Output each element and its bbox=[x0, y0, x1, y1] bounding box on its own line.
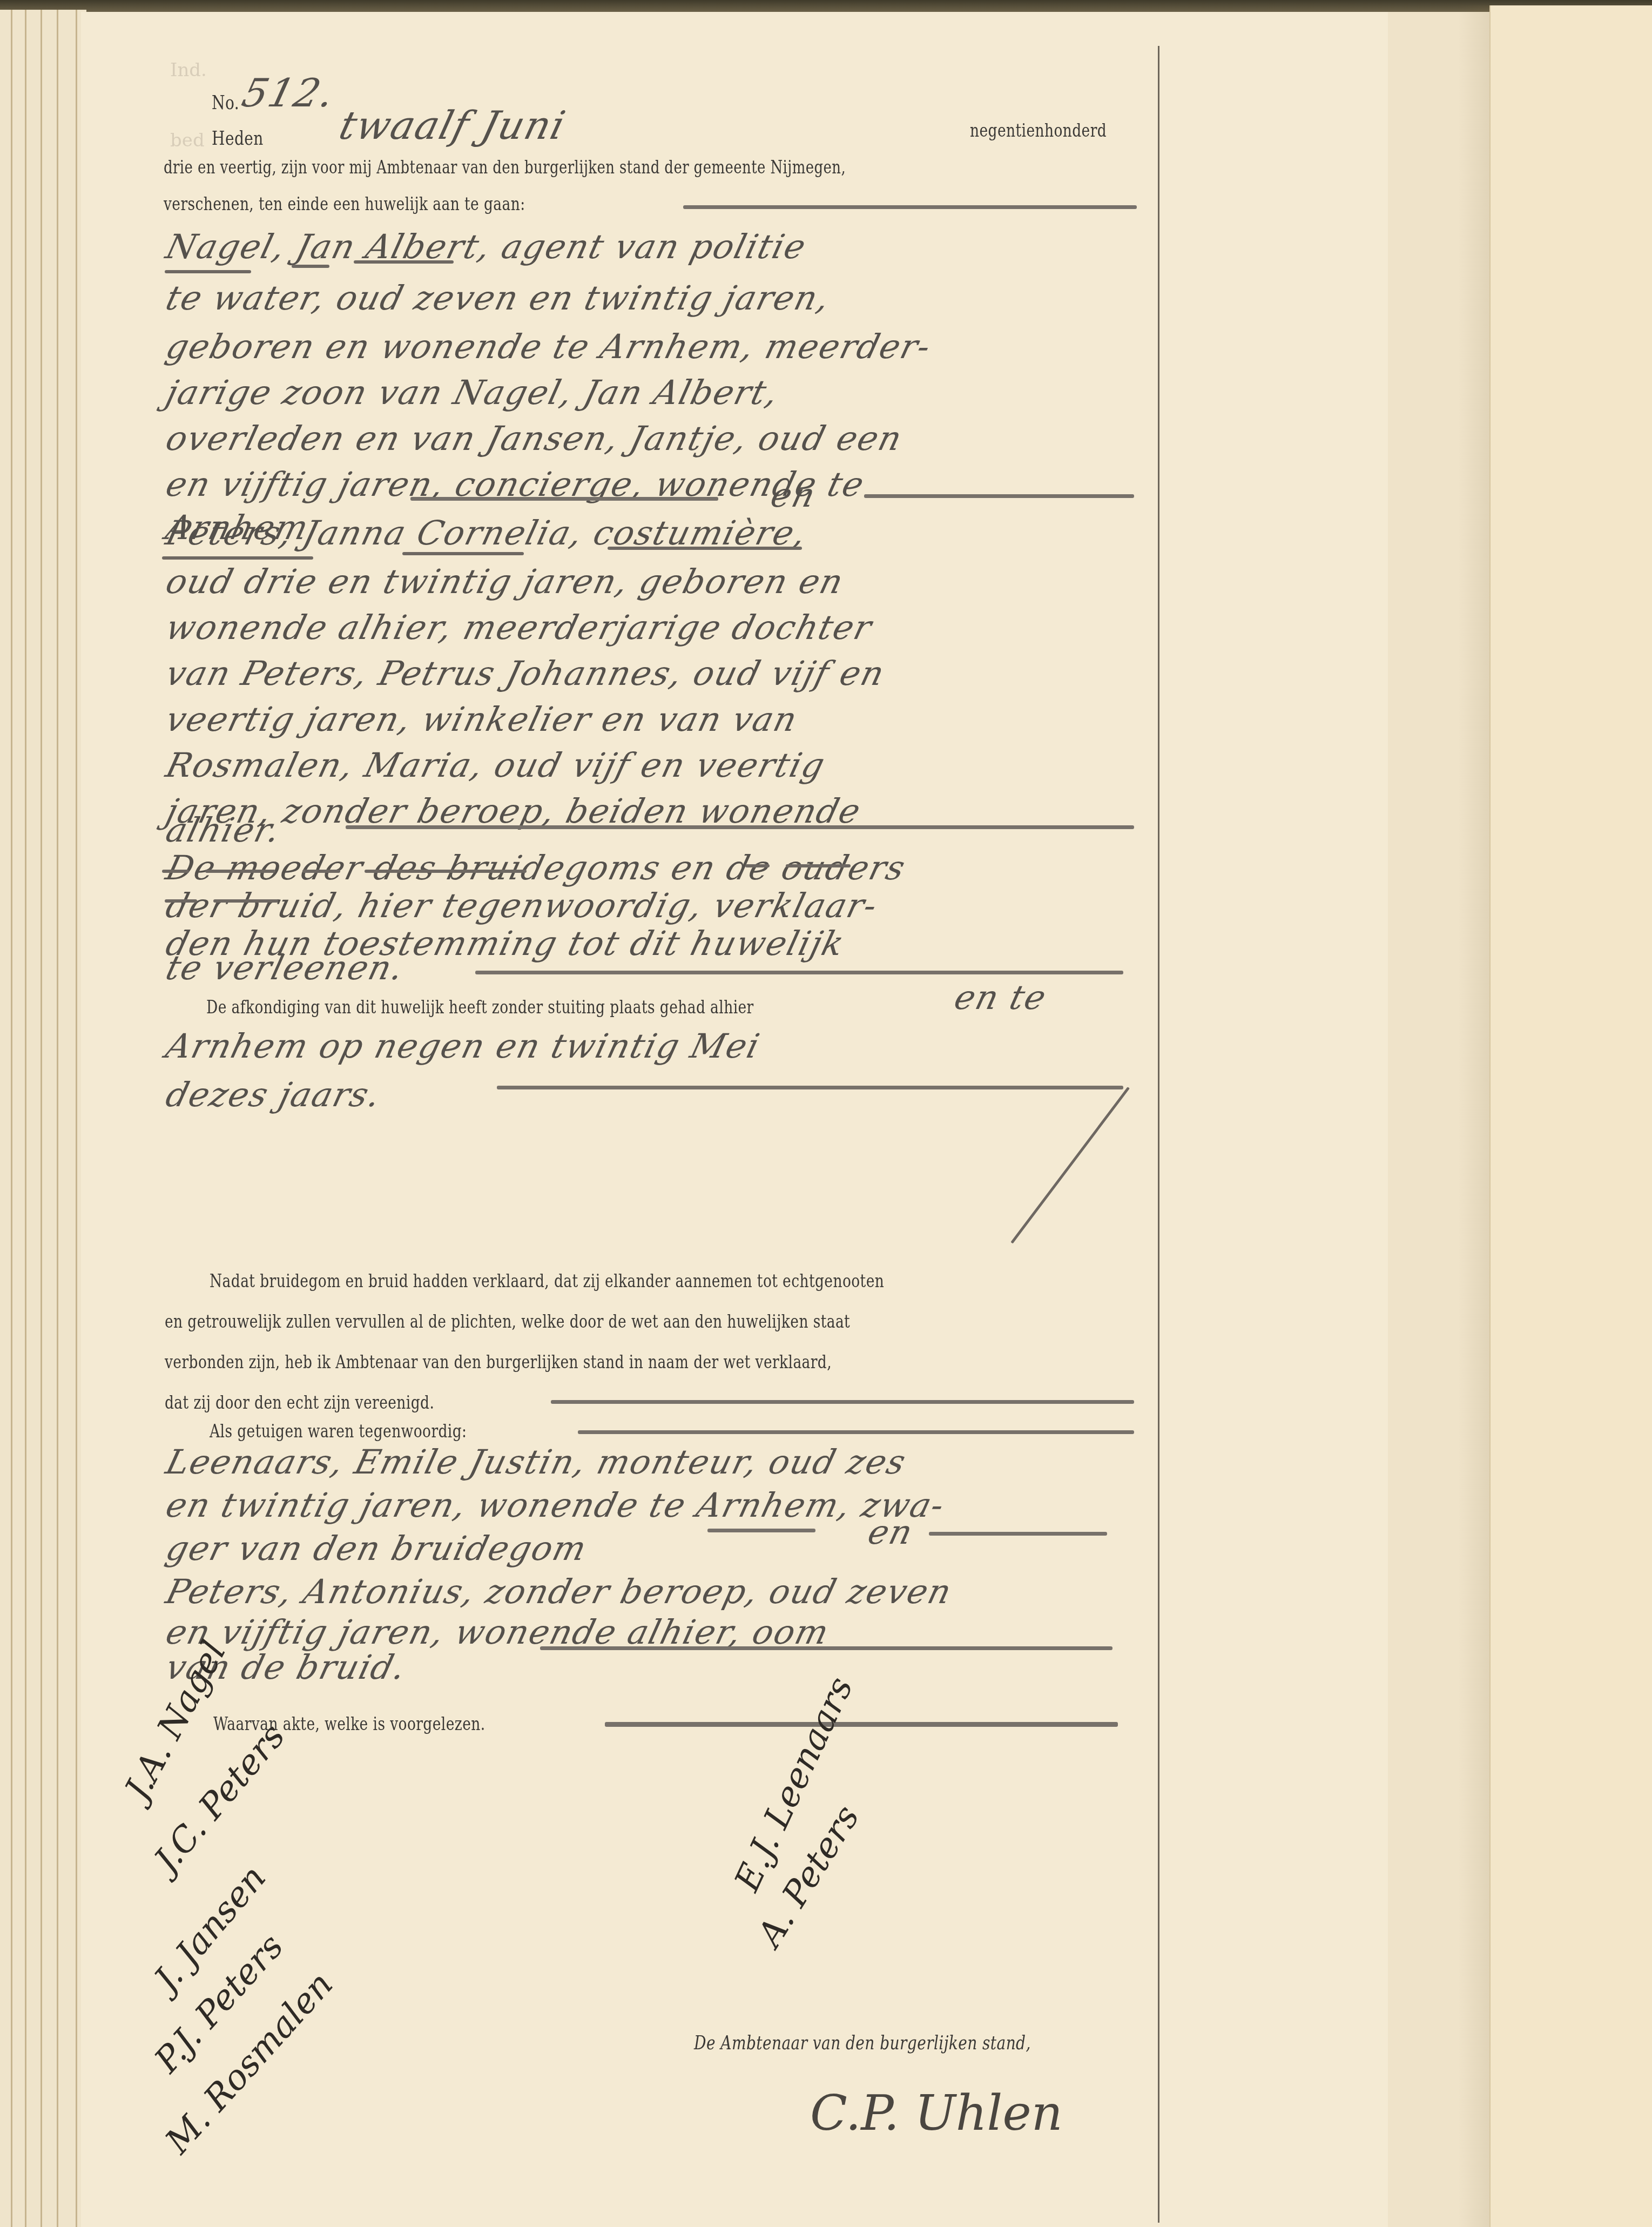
groom-line: overleden en van Jansen, Jantje, oud een bbox=[162, 419, 907, 458]
declaration-line: dat zij door den echt zijn vereenigd. bbox=[165, 1392, 434, 1414]
fill-line bbox=[707, 1529, 815, 1532]
name-underline bbox=[354, 260, 454, 264]
declaration-line: verbonden zijn, heb ik Ambtenaar van den… bbox=[165, 1351, 832, 1373]
surname-underline bbox=[162, 556, 313, 560]
groom-line: jarige zoon van Nagel, Jan Albert, bbox=[162, 373, 783, 412]
underline bbox=[165, 899, 197, 903]
surname-underline bbox=[165, 270, 251, 273]
bride-line: van Peters, Petrus Johannes, oud vijf en bbox=[162, 654, 889, 693]
fill-line bbox=[683, 205, 1137, 209]
underline bbox=[162, 870, 189, 873]
name-underline bbox=[292, 265, 329, 268]
official-label: De Ambtenaar van den burgerlijken stand, bbox=[694, 2032, 1031, 2054]
groom-line: geboren en wonende te Arnhem, meerder- bbox=[162, 327, 935, 366]
bride-line: Rosmalen, Maria, oud vijf en veertig bbox=[162, 745, 830, 785]
witness-line: Leenaars, Emile Justin, monteur, oud zes bbox=[162, 1442, 911, 1482]
page-stack-left bbox=[0, 10, 86, 2227]
witnesses-label: Als getuigen waren tegenwoordig: bbox=[210, 1421, 467, 1442]
bride-line: alhier. bbox=[162, 810, 285, 850]
proclamation-line: Arnhem op negen en twintig Mei bbox=[162, 1026, 764, 1066]
declaration-line: en getrouwelijk zullen vervullen al de p… bbox=[165, 1311, 850, 1333]
proclamation-text: De afkondiging van dit huwelijk heeft zo… bbox=[206, 997, 754, 1018]
official-signature: C.P. Uhlen bbox=[810, 2085, 1063, 2142]
underline bbox=[213, 899, 278, 903]
year-prefix: negentienhonderd bbox=[970, 120, 1107, 142]
fill-line bbox=[475, 971, 1123, 974]
name-underline bbox=[402, 552, 524, 555]
consent-line: De moeder des bruidegoms en de ouders bbox=[162, 848, 910, 887]
underline bbox=[302, 870, 340, 873]
groom-line: te water, oud zeven en twintig jaren, bbox=[162, 278, 834, 318]
bleed-through-mark: Ind. bbox=[170, 59, 207, 81]
witness-line: en twintig jaren, wonende te Arnhem, zwa… bbox=[162, 1485, 949, 1525]
witness-line: ger van den bruidegom bbox=[162, 1529, 591, 1568]
fill-line bbox=[551, 1400, 1134, 1404]
underline bbox=[205, 870, 275, 873]
underline bbox=[786, 864, 851, 867]
fill-line bbox=[497, 1086, 1123, 1089]
record-number: 512. bbox=[238, 70, 340, 116]
fill-line bbox=[346, 825, 1134, 829]
underline bbox=[745, 864, 770, 867]
underline bbox=[365, 870, 527, 873]
witness-line: Peters, Antonius, zonder beroep, oud zev… bbox=[162, 1572, 956, 1611]
fill-line bbox=[864, 494, 1134, 498]
name-underline bbox=[608, 547, 802, 550]
facing-page-edge bbox=[1489, 5, 1652, 2227]
bride-line: oud drie en twintig jaren, geboren en bbox=[162, 562, 848, 601]
fill-line bbox=[605, 1722, 1118, 1727]
consent-line: te verleenen. bbox=[162, 948, 408, 987]
date-handwritten: twaalf Juni bbox=[335, 103, 571, 148]
proclamation-line: dezes jaars. bbox=[162, 1075, 386, 1114]
fill-line bbox=[929, 1532, 1107, 1536]
heden-label: Heden bbox=[212, 127, 264, 150]
intro-line-3: verschenen, ten einde een huwelijk aan t… bbox=[164, 193, 525, 215]
margin-rule bbox=[1158, 46, 1159, 2223]
fill-line bbox=[578, 1430, 1134, 1434]
proclamation-handwritten: en te bbox=[950, 978, 1051, 1017]
bleed-through-mark: bed bbox=[170, 130, 205, 151]
bride-line: wonende alhier, meerderjarige dochter bbox=[162, 608, 876, 647]
no-label: No. bbox=[212, 92, 239, 114]
book-top-edge bbox=[0, 0, 1652, 12]
declaration-line: Nadat bruidegom en bruid hadden verklaar… bbox=[210, 1270, 884, 1292]
gutter-shadow bbox=[1458, 5, 1491, 2227]
consent-line: der bruid, hier tegenwoordig, verklaar- bbox=[162, 886, 882, 925]
intro-line-2: drie en veertig, zijn voor mij Ambtenaar… bbox=[164, 157, 846, 178]
bride-line: veertig jaren, winkelier en van van bbox=[162, 699, 802, 739]
groom-line: Nagel, Jan Albert, agent van politie bbox=[162, 227, 811, 266]
fill-line bbox=[540, 1646, 1112, 1650]
fill-line bbox=[410, 497, 718, 501]
